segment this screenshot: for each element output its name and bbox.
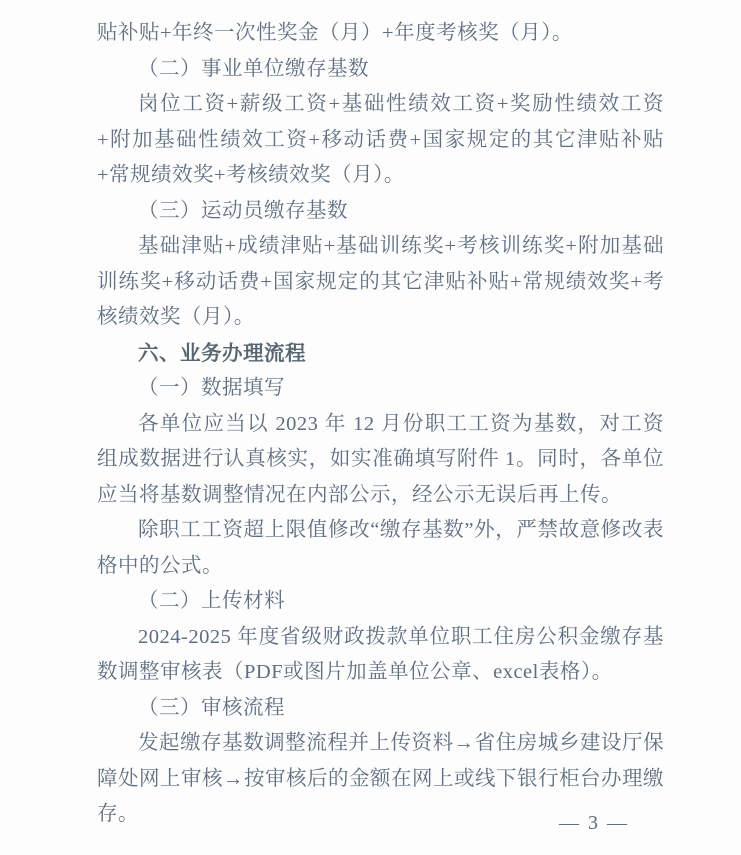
document-body: 贴补贴+年终一次性奖金（月）+年度考核奖（月）。 （二）事业单位缴存基数 岗位工… [97,16,664,833]
subsection-heading-unit-base: （二）事业单位缴存基数 [97,52,664,88]
paragraph-continuation: 贴补贴+年终一次性奖金（月）+年度考核奖（月）。 [97,16,664,52]
subsection-heading-upload: （二）上传材料 [97,584,664,620]
paragraph-athlete-base-formula: 基础津贴+成绩津贴+基础训练奖+考核训练奖+附加基础训练奖+移动话费+国家规定的… [97,229,664,336]
section-heading-process: 六、业务办理流程 [97,336,664,372]
paragraph-data-entry-1: 各单位应当以 2023 年 12 月份职工工资为基数，对工资组成数据进行认真核实… [97,407,664,514]
document-page: 贴补贴+年终一次性奖金（月）+年度考核奖（月）。 （二）事业单位缴存基数 岗位工… [0,0,741,855]
paragraph-upload-materials: 2024-2025 年度省级财政拨款单位职工住房公积金缴存基数调整审核表（PDF… [97,620,664,691]
subsection-heading-athlete-base: （三）运动员缴存基数 [97,194,664,230]
page-number: — 3 — [559,812,629,835]
subsection-heading-review: （三）审核流程 [97,691,664,727]
paragraph-unit-base-formula: 岗位工资+薪级工资+基础性绩效工资+奖励性绩效工资+附加基础性绩效工资+移动话费… [97,87,664,194]
subsection-heading-data-entry: （一）数据填写 [97,371,664,407]
paragraph-data-entry-2: 除职工工资超上限值修改“缴存基数”外，严禁故意修改表格中的公式。 [97,513,664,584]
